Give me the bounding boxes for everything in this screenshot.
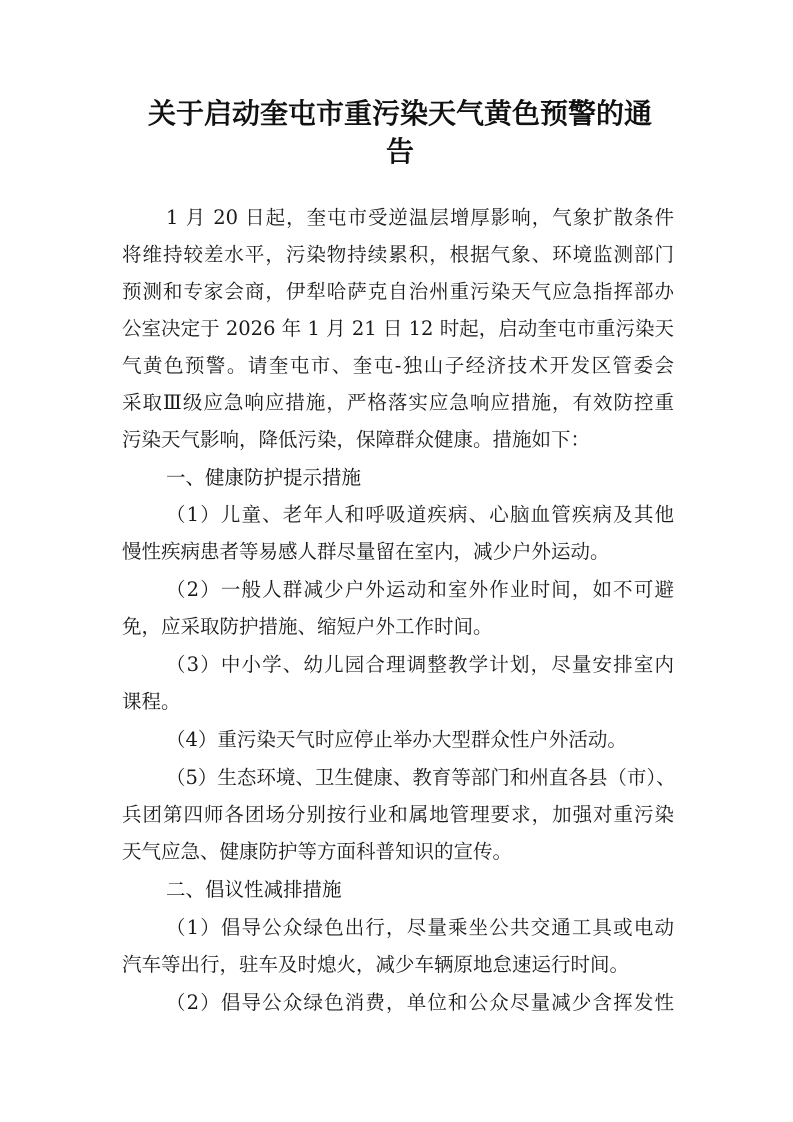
- item-line: （2）一般人群减少户外运动和室外作业时间，如不可避: [166, 578, 674, 602]
- item-line: 兵团第四师各团场分别按行业和属地管理要求，加强对重污染: [122, 803, 674, 827]
- section-heading-health: 一、健康防护提示措施: [166, 466, 361, 490]
- section-heading-emission: 二、倡议性减排措施: [166, 878, 342, 902]
- document-title-line-2: 告: [100, 134, 700, 170]
- item-line: （1）儿童、老年人和呼吸道疾病、心脑血管疾病及其他: [166, 503, 674, 527]
- intro-line: 污染天气影响，降低污染，保障群众健康。措施如下：: [122, 428, 674, 452]
- item-line: （3）中小学、幼儿园合理调整教学计划，尽量安排室内: [166, 653, 674, 677]
- item-line: 天气应急、健康防护等方面科普知识的宣传。: [122, 840, 674, 864]
- intro-line: 将维持较差水平，污染物持续累积，根据气象、环境监测部门: [122, 243, 674, 267]
- item-line: （1）倡导公众绿色出行，尽量乘坐公共交通工具或电动: [166, 916, 674, 940]
- intro-line: 气黄色预警。请奎屯市、奎屯-独山子经济技术开发区管委会: [122, 354, 674, 378]
- document-page: 关于启动奎屯市重污染天气黄色预警的通 告 1 月 20 日起，奎屯市受逆温层增厚…: [0, 0, 793, 1122]
- document-title-line-1: 关于启动奎屯市重污染天气黄色预警的通: [100, 96, 700, 132]
- item-line: 课程。: [122, 690, 674, 714]
- intro-line: 预测和专家会商，伊犁哈萨克自治州重污染天气应急指挥部办: [122, 280, 674, 304]
- item-line: （5）生态环境、卫生健康、教育等部门和州直各县（市）、: [166, 766, 674, 790]
- item-line: （4）重污染天气时应停止举办大型群众性户外活动。: [166, 728, 674, 752]
- item-line: 慢性疾病患者等易感人群尽量留在室内，减少户外运动。: [122, 540, 674, 564]
- item-line: 免，应采取防护措施、缩短户外工作时间。: [122, 615, 674, 639]
- intro-line: 公室决定于 2026 年 1 月 21 日 12 时起，启动奎屯市重污染天: [122, 317, 674, 341]
- intro-line: 采取Ⅲ级应急响应措施，严格落实应急响应措施，有效防控重: [122, 391, 674, 415]
- item-line: （2）倡导公众绿色消费，单位和公众尽量减少含挥发性: [166, 991, 674, 1015]
- intro-line: 1 月 20 日起，奎屯市受逆温层增厚影响，气象扩散条件: [166, 206, 674, 230]
- item-line: 汽车等出行，驻车及时熄火，减少车辆原地怠速运行时间。: [122, 953, 674, 977]
